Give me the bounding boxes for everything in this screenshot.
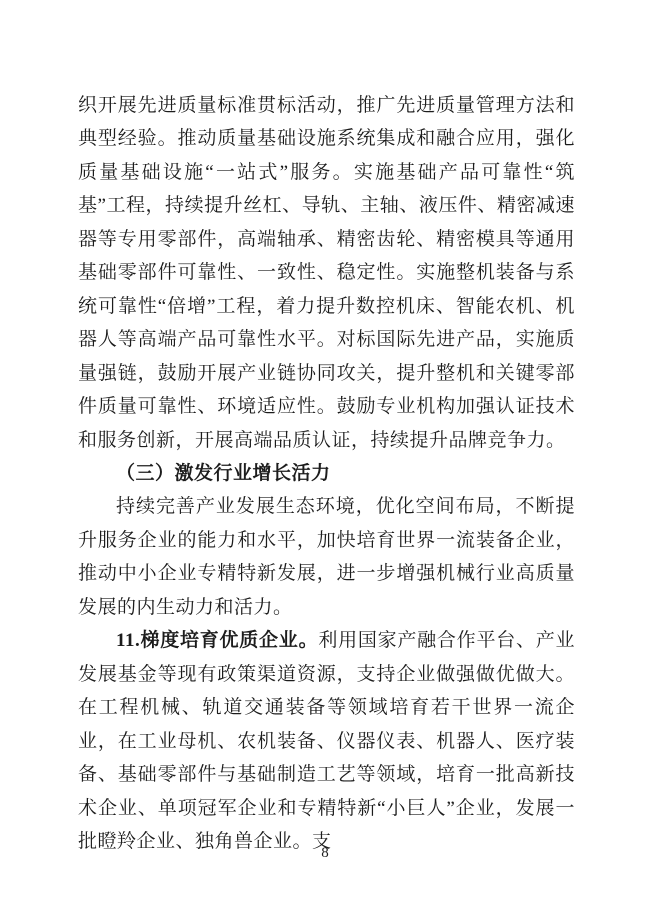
page-footer: 8: [0, 844, 650, 862]
paragraph-industry-vitality: 持续完善产业发展生态环境，优化空间布局，不断提升服务企业的能力和水平，加快培育世…: [78, 490, 575, 624]
paragraph-item-11: 11.梯度培育优质企业。利用国家产融合作平台、产业发展基金等现有政策渠道资源，支…: [78, 624, 575, 858]
paragraph-item-11-lead: 11.梯度培育优质企业。: [116, 630, 318, 651]
section-heading-3: （三）激发行业增长活力: [78, 457, 575, 490]
document-page: 织开展先进质量标准贯标活动，推广先进质量管理方法和典型经验。推动质量基础设施系统…: [0, 0, 650, 919]
paragraph-quality-standards: 织开展先进质量标准贯标活动，推广先进质量管理方法和典型经验。推动质量基础设施系统…: [78, 89, 575, 457]
paragraph-item-11-text: 利用国家产融合作平台、产业发展基金等现有政策渠道资源，支持企业做强做优做大。在工…: [78, 630, 575, 852]
document-body: 织开展先进质量标准贯标活动，推广先进质量管理方法和典型经验。推动质量基础设施系统…: [78, 89, 575, 858]
page-number: 8: [321, 845, 329, 861]
